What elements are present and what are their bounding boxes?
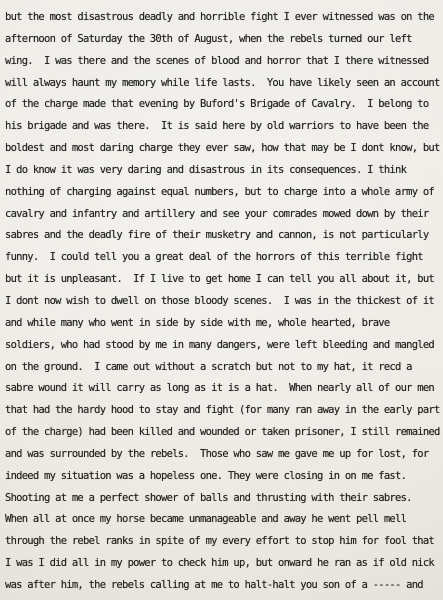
typed-line: of the charge made that evening by Bufor… [5, 94, 441, 116]
typed-line: When all at once my horse became unmanag… [5, 509, 441, 531]
typed-line: I do know it was very daring and disastr… [5, 160, 441, 182]
typed-line: that had the hardy hood to stay and figh… [5, 400, 441, 422]
typed-line: but it is unpleasant. If I live to get h… [5, 269, 441, 291]
typed-line: of the charge) had been killed and wound… [5, 422, 441, 444]
typed-line: wing. I was there and the scenes of bloo… [5, 51, 441, 73]
scanned-letter-page: but the most disastrous deadly and horri… [0, 0, 443, 600]
typed-line: but the most disastrous deadly and horri… [5, 7, 441, 29]
typed-line: sabre wound it will carry as long as it … [5, 378, 441, 400]
typed-line: Shooting at me a perfect shower of balls… [5, 488, 441, 510]
typed-line: soldiers, who had stood by me in many da… [5, 335, 441, 357]
typed-line: his brigade and was there. It is said he… [5, 116, 441, 138]
typed-line: cavalry and infantry and artillery and s… [5, 204, 441, 226]
typed-line: boldest and most daring charge they ever… [5, 138, 441, 160]
typed-line: through the rebel ranks in spite of my e… [5, 531, 441, 553]
typed-line: and while many who went in side by side … [5, 313, 441, 335]
typed-line: I dont now wish to dwell on those bloody… [5, 291, 441, 313]
typed-line: sabres and the deadly fire of their musk… [5, 225, 441, 247]
typed-line: I was I did all in my power to check him… [5, 553, 441, 575]
typed-line: will always haunt my memory while life l… [5, 73, 441, 95]
typed-line: funny. I could tell you a great deal of … [5, 247, 441, 269]
typed-line: was after him, the rebels calling at me … [5, 575, 441, 597]
typed-line: afternoon of Saturday the 30th of August… [5, 29, 441, 51]
typed-line: and was surrounded by the rebels. Those … [5, 444, 441, 466]
typed-line: nothing of charging against equal number… [5, 182, 441, 204]
typed-line: on the ground. I came out without a scra… [5, 357, 441, 379]
typed-line: indeed my situation was a hopeless one. … [5, 466, 441, 488]
